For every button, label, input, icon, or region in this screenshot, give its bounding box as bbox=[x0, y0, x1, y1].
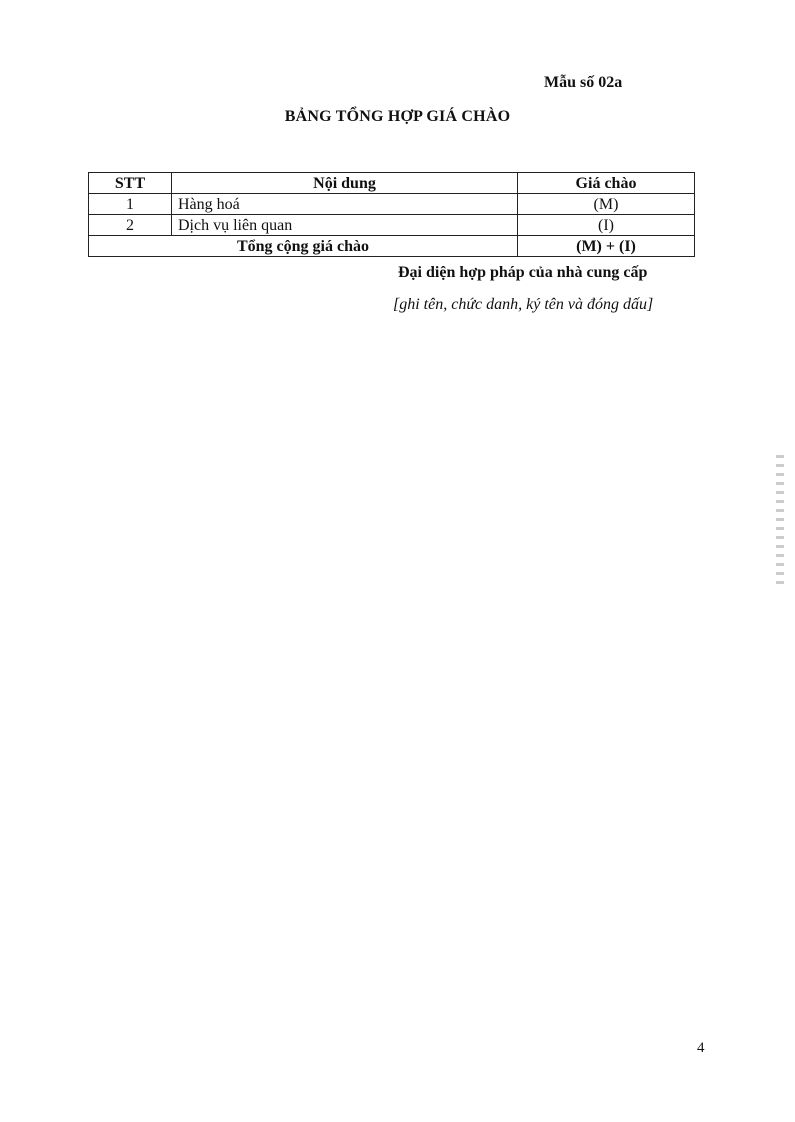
total-label: Tổng cộng giá chào bbox=[89, 236, 518, 257]
price-summary-table: STT Nội dung Giá chào 1 Hàng hoá (M) 2 D… bbox=[88, 172, 695, 257]
total-price: (M) + (I) bbox=[518, 236, 695, 257]
row-price: (I) bbox=[518, 215, 695, 236]
table-total-row: Tổng cộng giá chào (M) + (I) bbox=[89, 236, 695, 257]
column-header-stt: STT bbox=[89, 173, 172, 194]
row-content: Hàng hoá bbox=[172, 194, 518, 215]
table-row: 1 Hàng hoá (M) bbox=[89, 194, 695, 215]
row-stt: 2 bbox=[89, 215, 172, 236]
row-content: Dịch vụ liên quan bbox=[172, 215, 518, 236]
document-title: BẢNG TỔNG HỢP GIÁ CHÀO bbox=[0, 108, 795, 126]
table-header-row: STT Nội dung Giá chào bbox=[89, 173, 695, 194]
signature-note: [ghi tên, chức danh, ký tên và đóng dấu] bbox=[393, 296, 653, 314]
row-price: (M) bbox=[518, 194, 695, 215]
signature-title: Đại diện hợp pháp của nhà cung cấp bbox=[398, 264, 647, 282]
column-header-content: Nội dung bbox=[172, 173, 518, 194]
page-number: 4 bbox=[697, 1040, 705, 1057]
column-header-price: Giá chào bbox=[518, 173, 695, 194]
scan-margin-mark bbox=[776, 455, 784, 585]
table-row: 2 Dịch vụ liên quan (I) bbox=[89, 215, 695, 236]
form-code: Mẫu số 02a bbox=[544, 74, 622, 92]
row-stt: 1 bbox=[89, 194, 172, 215]
